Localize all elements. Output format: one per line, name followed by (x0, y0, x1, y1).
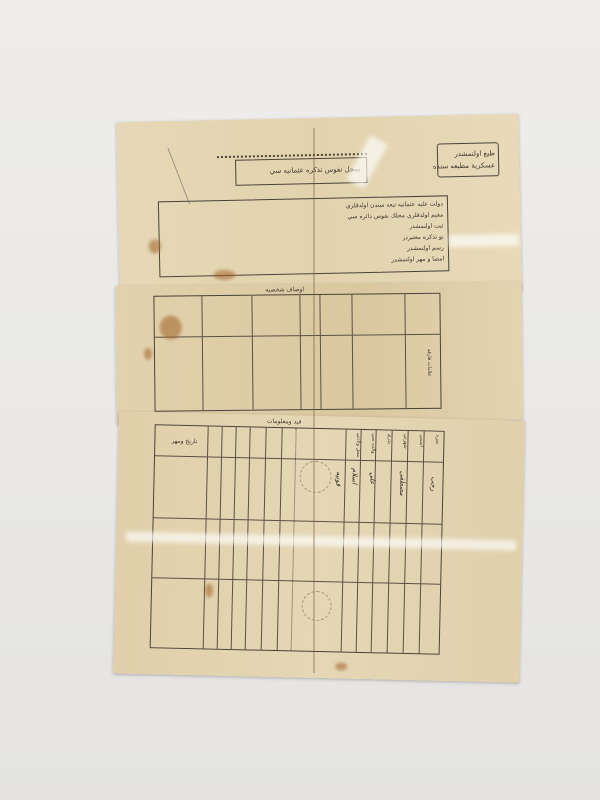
stain (144, 348, 152, 360)
bottom-table-caption: قيد ومعلومات (267, 418, 302, 426)
handwritten-entry: علي (368, 472, 376, 485)
handwritten-entry: مصطفى (398, 471, 407, 496)
document-bottom-panel: قيد ومعلومات نمره اسمي شهرتي پدري والده … (113, 411, 525, 682)
intro-line: مقيم اولدقلري محلك نفوس دائره سي (347, 211, 443, 220)
handwritten-entry: رجب (429, 476, 437, 491)
column-header: اسمي (418, 434, 424, 447)
column-header: محل ولادتي (355, 433, 362, 457)
ornamental-title-box: سجل نفوس تذكره عثمانيه سي (235, 157, 368, 186)
vertical-fold (313, 128, 315, 673)
official-seal (301, 591, 332, 622)
column-header: شهرتي (402, 434, 408, 449)
intro-line: ثبت اولنمشدر (409, 222, 443, 230)
stamp-line-1: طبع اولنمشدر (454, 149, 495, 158)
handwritten-entry: اسلام (350, 468, 358, 485)
stain (160, 315, 182, 339)
intro-line: امضا و مهر اولنمشدر (391, 255, 444, 263)
column-header: نمره (434, 435, 440, 445)
column-header: تاريخ ومهر (171, 438, 197, 446)
pencil-scribble (167, 137, 218, 204)
handwritten-entry: قونيه (334, 471, 342, 486)
paper-abrasion (449, 234, 519, 247)
intro-line: بو تذكره معتبردر (402, 233, 443, 241)
intro-line: دولت عليه عثمانيه تبعه سندن اولدقلري (346, 200, 443, 209)
intro-paragraph-box: دولت عليه عثمانيه تبعه سندن اولدقلري مقي… (158, 195, 450, 277)
column-header: والده سي (370, 433, 376, 454)
header-stamp-box: طبع اولنمشدر عسكرية مطبعه سنده (437, 142, 500, 177)
document-middle-panel: اوصاف شخصيه علامات فارقه (115, 282, 522, 424)
middle-table: علامات فارقه (153, 293, 441, 412)
middle-table-caption: اوصاف شخصيه (265, 286, 304, 293)
stamp-line-2: عسكرية مطبعه سنده (433, 161, 496, 170)
official-seal (299, 461, 332, 494)
column-header: پدري (386, 434, 392, 444)
stain (335, 662, 347, 670)
intro-line: رسم اولنمشدر (407, 244, 444, 252)
document-top-panel: طبع اولنمشدر عسكرية مطبعه سنده سجل نفوس … (116, 114, 522, 298)
stain (213, 270, 235, 280)
middle-table-label: علامات فارقه (426, 349, 432, 377)
ornamental-title: سجل نفوس تذكره عثمانيه سي (269, 165, 360, 175)
